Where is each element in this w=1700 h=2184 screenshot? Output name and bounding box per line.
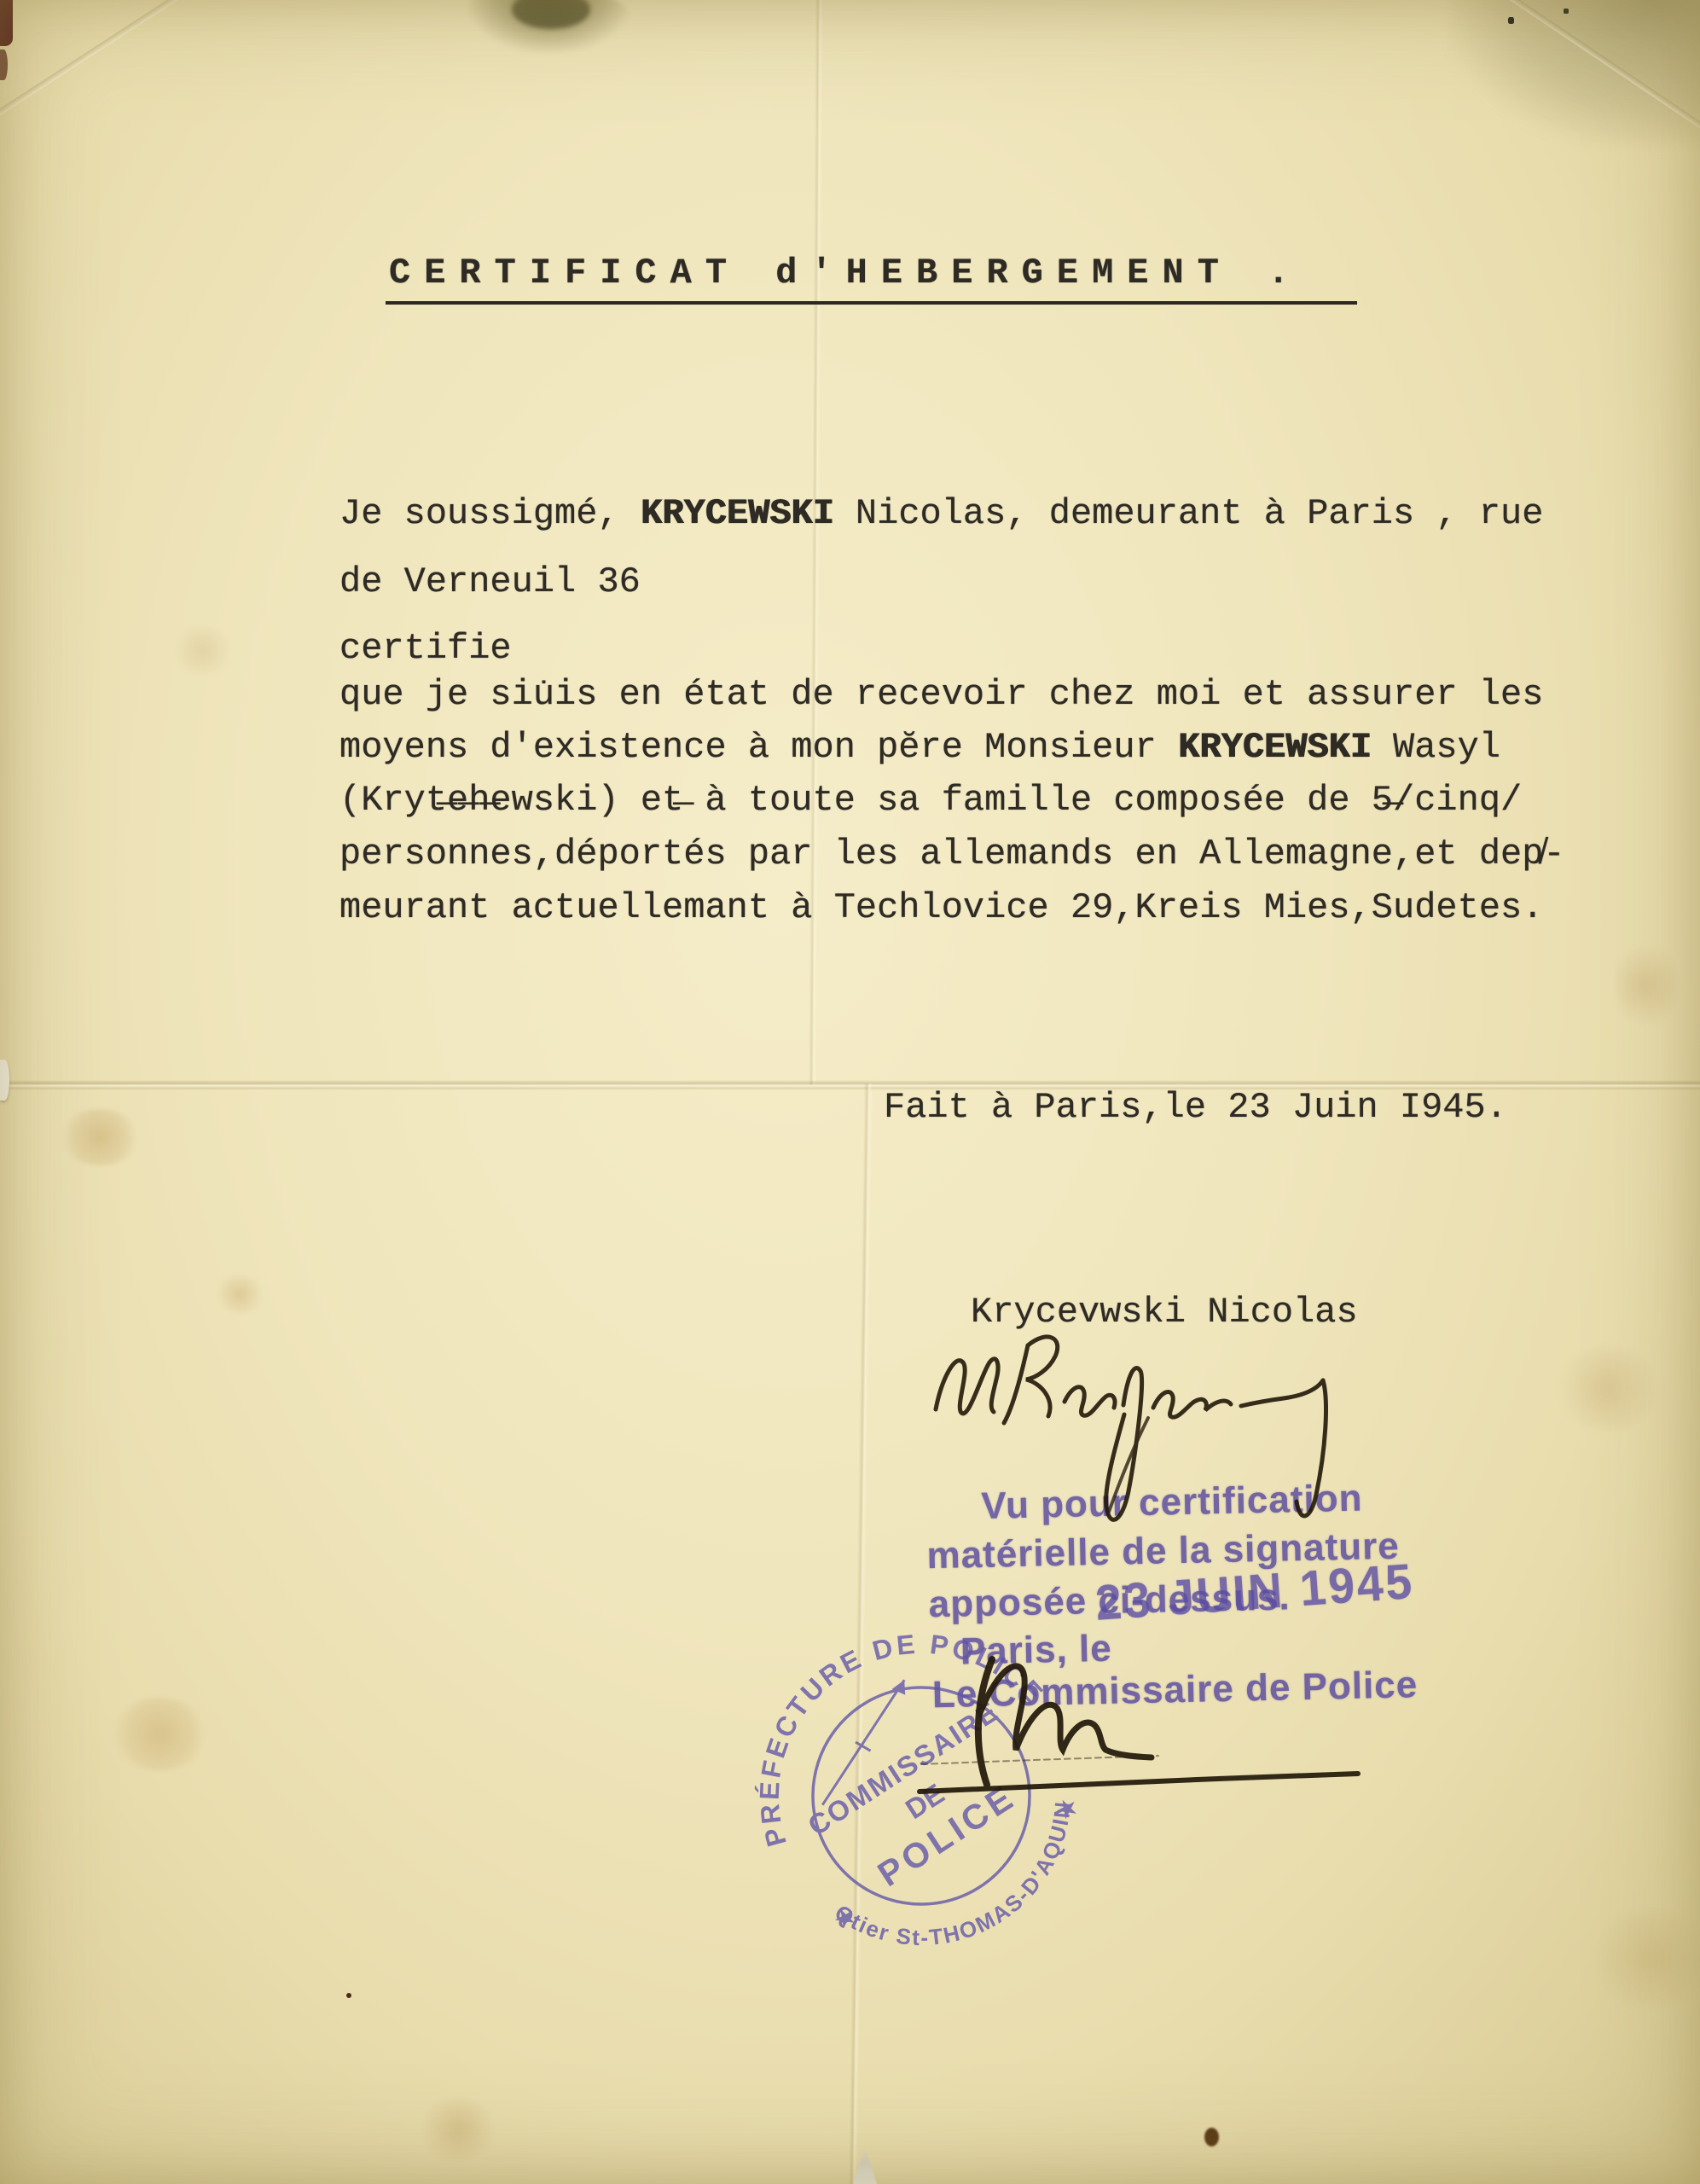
paper-background: CERTIFICAT d'HEBERGEMENT . Je soussigmé,… bbox=[0, 0, 1700, 2184]
ink-overlay: PRÉFECTURE DE POLICE Qtier St-THOMAS-D'A… bbox=[0, 0, 1700, 2184]
stamp-center-line: POLICE bbox=[871, 1776, 1023, 1894]
stamp-center-text: COMMISSAIRE DE POLICE bbox=[803, 1695, 1050, 1912]
scanned-document: CERTIFICAT d'HEBERGEMENT . Je soussigmé,… bbox=[0, 0, 1700, 2184]
signature-krycewski bbox=[936, 1337, 1326, 1519]
